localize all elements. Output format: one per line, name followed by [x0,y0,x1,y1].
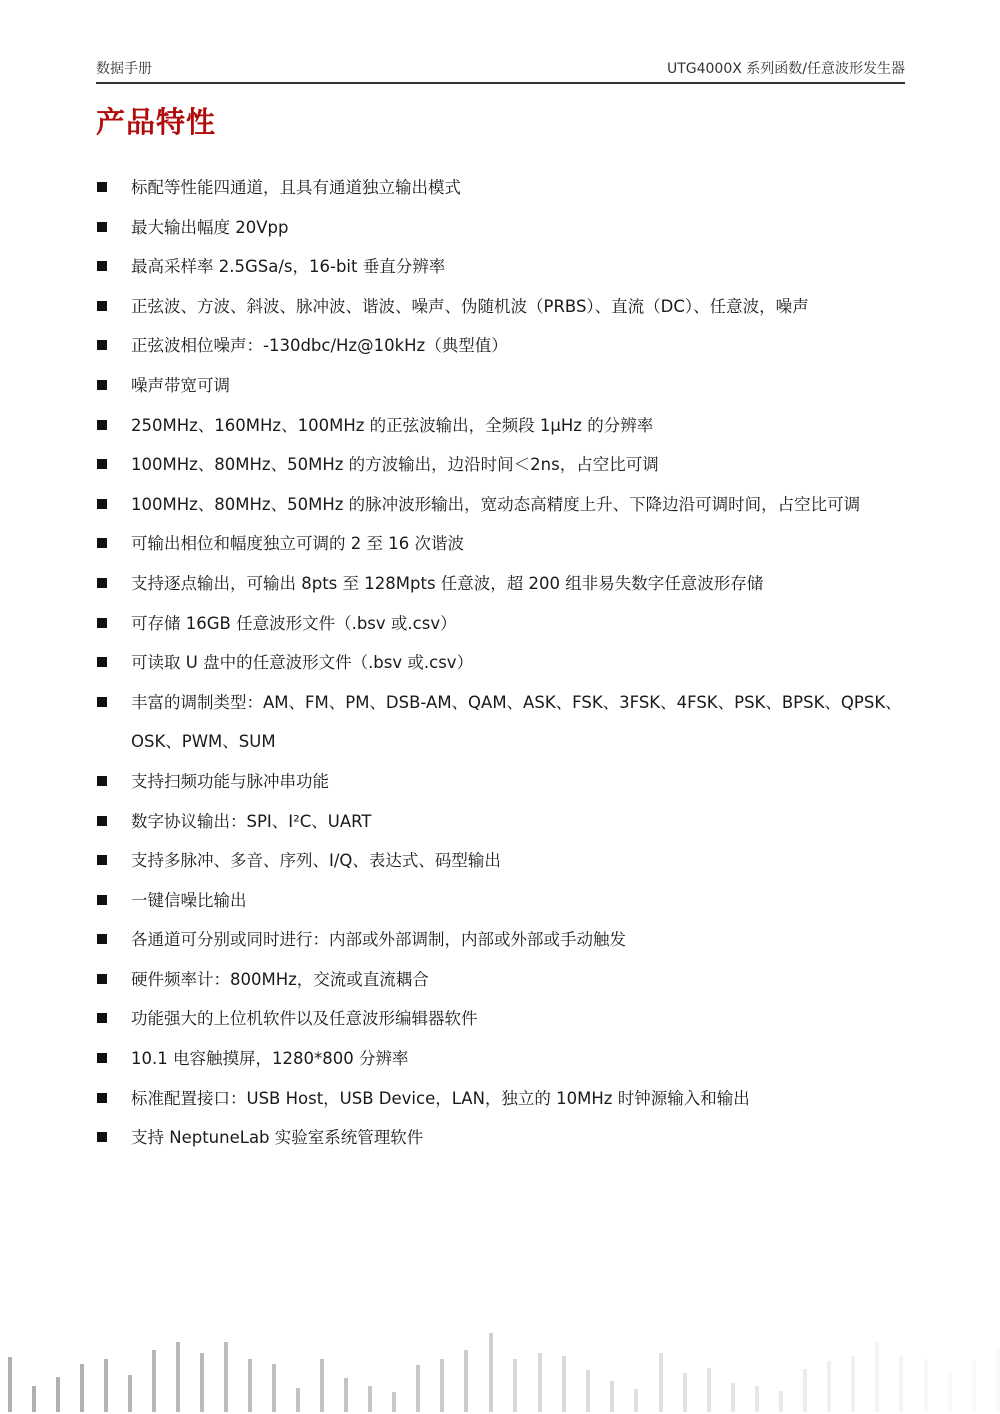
header-right-label: UTG4000X 系列函数/任意波形发生器 [667,58,905,80]
square-bullet-icon [97,776,107,786]
decor-bar [875,1342,879,1412]
decor-bar [56,1377,60,1412]
square-bullet-icon [97,340,107,350]
list-item: 各通道可分别或同时进行：内部或外部调制，内部或外部或手动触发 [96,920,916,960]
decor-bar [683,1373,687,1412]
square-bullet-icon [97,261,107,271]
feature-text: 最高采样率 2.5GSa/s，16-bit 垂直分辨率 [131,257,445,276]
list-item: 标配等性能四通道，且具有通道独立输出模式 [96,168,916,208]
feature-text: 功能强大的上位机软件以及任意波形编辑器软件 [131,1009,478,1028]
decor-bar [634,1389,638,1412]
feature-text: 支持 NeptuneLab 实验室系统管理软件 [131,1128,423,1147]
decor-bar [176,1342,180,1412]
list-item: 噪声带宽可调 [96,366,916,406]
square-bullet-icon [97,499,107,509]
feature-text: 10.1 电容触摸屏，1280*800 分辨率 [131,1049,408,1068]
list-item: 标准配置接口：USB Host，USB Device，LAN，独立的 10MHz… [96,1079,916,1119]
decor-bar [803,1369,807,1412]
square-bullet-icon [97,182,107,192]
list-item: 可输出相位和幅度独立可调的 2 至 16 次谐波 [96,524,916,564]
square-bullet-icon [97,420,107,430]
decor-bar [104,1359,108,1412]
feature-text: 支持扫频功能与脉冲串功能 [131,772,329,791]
feature-text: 一键信噪比输出 [131,891,247,910]
list-item: 硬件频率计：800MHz，交流或直流耦合 [96,960,916,1000]
list-item: 功能强大的上位机软件以及任意波形编辑器软件 [96,999,916,1039]
square-bullet-icon [97,657,107,667]
list-item: 一键信噪比输出 [96,881,916,921]
feature-text: 可输出相位和幅度独立可调的 2 至 16 次谐波 [131,534,464,553]
square-bullet-icon [97,697,107,707]
list-item: 最大输出幅度 20Vpp [96,208,916,248]
square-bullet-icon [97,222,107,232]
feature-text: 100MHz、80MHz、50MHz 的方波输出，边沿时间＜2ns，占空比可调 [131,455,659,474]
feature-text: 标配等性能四通道，且具有通道独立输出模式 [131,178,461,197]
decor-bar [610,1381,614,1412]
square-bullet-icon [97,301,107,311]
decor-bar [659,1353,663,1412]
list-item: 正弦波相位噪声：-130dbc/Hz@10kHz（典型值） [96,326,916,366]
decor-bar [948,1373,952,1412]
list-item: 可存储 16GB 任意波形文件（.bsv 或.csv） [96,604,916,644]
decorative-bars-footer [0,1324,1000,1414]
list-item: 数字协议输出：SPI、I²C、UART [96,802,916,842]
list-item: 可读取 U 盘中的任意波形文件（.bsv 或.csv） [96,643,916,683]
decor-bar [248,1359,252,1412]
decor-bar [707,1368,711,1412]
decor-bar [224,1342,228,1412]
feature-text: 支持逐点输出，可输出 8pts 至 128Mpts 任意波，超 200 组非易失… [131,574,763,593]
header-left-label: 数据手册 [96,58,152,80]
feature-text: 支持多脉冲、多音、序列、I/Q、表达式、码型输出 [131,851,501,870]
feature-text: 正弦波相位噪声：-130dbc/Hz@10kHz（典型值） [131,336,508,355]
list-item: 100MHz、80MHz、50MHz 的脉冲波形输出，宽动态高精度上升、下降边沿… [96,485,916,525]
feature-text: 标准配置接口：USB Host，USB Device，LAN，独立的 10MHz… [131,1089,750,1108]
list-item: 丰富的调制类型：AM、FM、PM、DSB-AM、QAM、ASK、FSK、3FSK… [96,683,916,762]
square-bullet-icon [97,538,107,548]
square-bullet-icon [97,974,107,984]
list-item: 10.1 电容触摸屏，1280*800 分辨率 [96,1039,916,1079]
feature-text: 250MHz、160MHz、100MHz 的正弦波输出，全频段 1μHz 的分辨… [131,416,653,435]
square-bullet-icon [97,459,107,469]
decor-bar [296,1388,300,1412]
feature-text: 100MHz、80MHz、50MHz 的脉冲波形输出，宽动态高精度上升、下降边沿… [131,495,860,514]
square-bullet-icon [97,816,107,826]
feature-text: 正弦波、方波、斜波、脉冲波、谐波、噪声、伪随机波（PRBS）、直流（DC）、任意… [131,297,809,316]
list-item: 100MHz、80MHz、50MHz 的方波输出，边沿时间＜2ns，占空比可调 [96,445,916,485]
feature-text: 各通道可分别或同时进行：内部或外部调制，内部或外部或手动触发 [131,930,626,949]
decor-bar [8,1357,12,1412]
decor-bar [80,1364,84,1412]
page-title: 产品特性 [96,102,216,142]
square-bullet-icon [97,1132,107,1142]
feature-text: 可读取 U 盘中的任意波形文件（.bsv 或.csv） [131,653,473,672]
decor-bar [320,1359,324,1412]
decor-bar [755,1386,759,1412]
list-item: 支持 NeptuneLab 实验室系统管理软件 [96,1118,916,1158]
list-item: 最高采样率 2.5GSa/s，16-bit 垂直分辨率 [96,247,916,287]
feature-list: 标配等性能四通道，且具有通道独立输出模式 最大输出幅度 20Vpp 最高采样率 … [96,168,916,1158]
decor-bar [272,1364,276,1412]
decor-bar [464,1350,468,1412]
feature-text: 噪声带宽可调 [131,376,230,395]
decor-bar [779,1391,783,1412]
decor-bar [368,1386,372,1412]
list-item: 支持多脉冲、多音、序列、I/Q、表达式、码型输出 [96,841,916,881]
decor-bar [972,1361,976,1412]
feature-text: 丰富的调制类型：AM、FM、PM、DSB-AM、QAM、ASK、FSK、3FSK… [131,693,902,752]
feature-text: 数字协议输出：SPI、I²C、UART [131,812,372,831]
decor-bar [200,1353,204,1412]
decor-bar [32,1386,36,1412]
square-bullet-icon [97,934,107,944]
decor-bar [392,1392,396,1412]
feature-text: 硬件频率计：800MHz，交流或直流耦合 [131,970,429,989]
decor-bar [899,1356,903,1412]
decor-bar [827,1361,831,1412]
decor-bar [996,1349,1000,1412]
square-bullet-icon [97,895,107,905]
decor-bar [851,1356,855,1412]
list-item: 250MHz、160MHz、100MHz 的正弦波输出，全频段 1μHz 的分辨… [96,406,916,446]
feature-text: 可存储 16GB 任意波形文件（.bsv 或.csv） [131,614,457,633]
square-bullet-icon [97,1053,107,1063]
decor-bar [924,1359,928,1412]
decor-bar [152,1350,156,1412]
square-bullet-icon [97,855,107,865]
decor-bar [586,1370,590,1412]
decor-bar [538,1353,542,1412]
decor-bar [489,1333,493,1412]
decor-bar [513,1359,517,1412]
decor-bar [731,1383,735,1412]
list-item: 支持逐点输出，可输出 8pts 至 128Mpts 任意波，超 200 组非易失… [96,564,916,604]
list-item: 支持扫频功能与脉冲串功能 [96,762,916,802]
decor-bar [440,1359,444,1412]
decor-bar [562,1356,566,1412]
square-bullet-icon [97,578,107,588]
square-bullet-icon [97,380,107,390]
square-bullet-icon [97,1013,107,1023]
decor-bar [416,1365,420,1412]
feature-text: 最大输出幅度 20Vpp [131,218,288,237]
list-item: 正弦波、方波、斜波、脉冲波、谐波、噪声、伪随机波（PRBS）、直流（DC）、任意… [96,287,916,327]
page-header: 数据手册 UTG4000X 系列函数/任意波形发生器 [96,58,905,84]
square-bullet-icon [97,618,107,628]
decor-bar [128,1375,132,1412]
decor-bar [344,1378,348,1412]
square-bullet-icon [97,1093,107,1103]
